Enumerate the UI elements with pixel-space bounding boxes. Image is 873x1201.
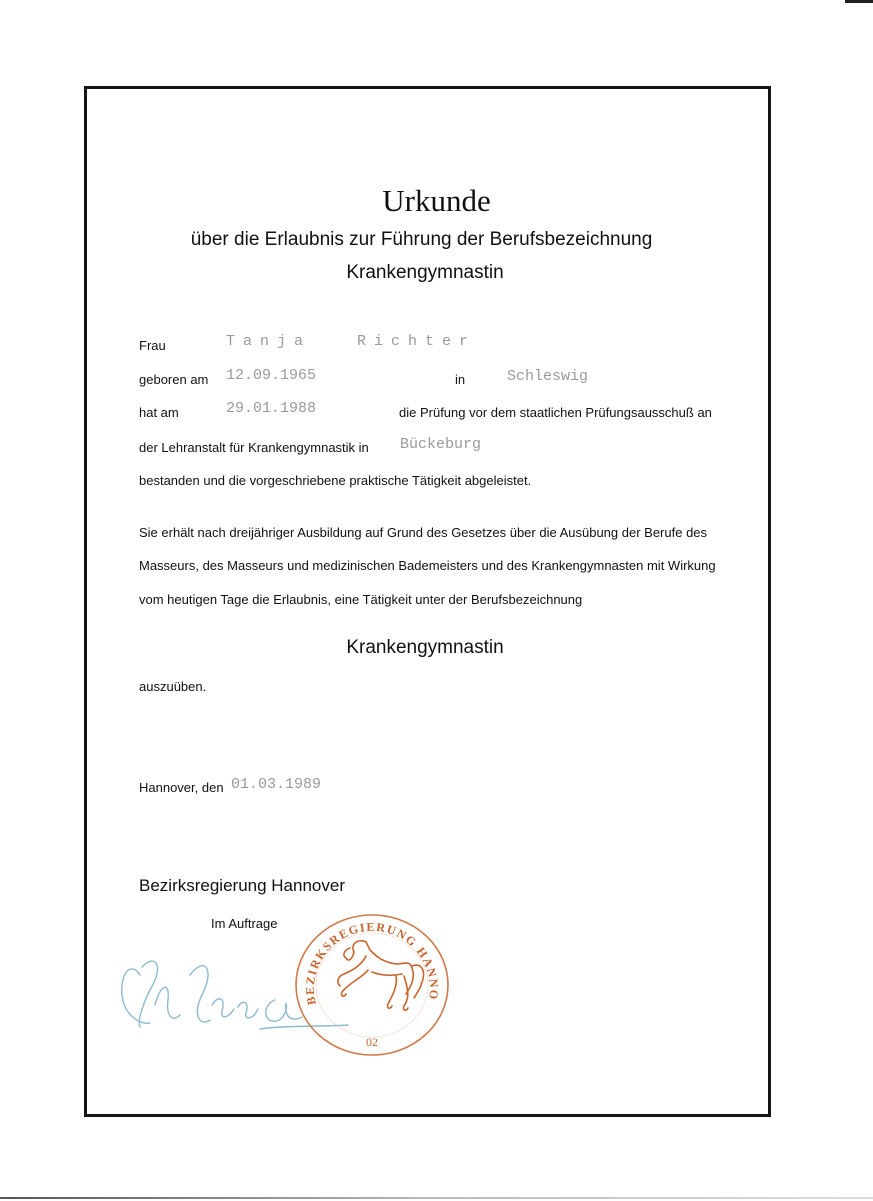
closing-text: auszuüben. (139, 679, 206, 694)
place-date-label: Hannover, den (139, 780, 224, 795)
paragraph-line: Masseurs, des Masseurs und medizinischen… (139, 558, 716, 573)
exam-text: die Prüfung vor dem staatlichen Prüfungs… (399, 405, 712, 420)
birth-place-value: Schleswig (507, 368, 588, 385)
in-label: in (455, 372, 465, 387)
scan-edge-mark (845, 0, 873, 3)
official-seal: BEZIRKSREGIERUNG HANNOVER 02 (292, 912, 452, 1058)
paragraph-line: vom heutigen Tage die Erlaubnis, eine Tä… (139, 592, 582, 607)
seal-number: 02 (366, 1035, 378, 1049)
born-label: geboren am (139, 372, 208, 387)
paragraph-line: Sie erhält nach dreijähriger Ausbildung … (139, 525, 707, 540)
school-place-value: Bückeburg (400, 436, 481, 453)
last-name-value: Richter (357, 333, 476, 350)
authority-name: Bezirksregierung Hannover (139, 876, 345, 896)
issue-date-value: 01.03.1989 (231, 776, 321, 793)
school-label: der Lehranstalt für Krankengymnastik in (139, 440, 369, 455)
exam-date-value: 29.01.1988 (226, 400, 316, 417)
document-subtitle: über die Erlaubnis zur Führung der Beruf… (0, 229, 843, 251)
svg-text:BEZIRKSREGIERUNG HANNOVER: BEZIRKSREGIERUNG HANNOVER (292, 912, 441, 1006)
on-behalf-label: Im Auftrage (211, 916, 277, 931)
profession-repeat: Krankengymnastin (0, 637, 850, 659)
profession-title: Krankengymnastin (0, 262, 850, 284)
exam-label: hat am (139, 405, 179, 420)
scan-edge-line (0, 1197, 873, 1199)
horse-icon (338, 941, 424, 1010)
passed-text: bestanden und die vorgeschriebene prakti… (139, 473, 531, 488)
document-title: Urkunde (0, 183, 873, 219)
frau-label: Frau (139, 338, 166, 353)
birth-date-value: 12.09.1965 (226, 367, 316, 384)
first-name-value: Tanja (226, 333, 311, 350)
seal-text: BEZIRKSREGIERUNG HANNOVER (292, 912, 441, 1006)
